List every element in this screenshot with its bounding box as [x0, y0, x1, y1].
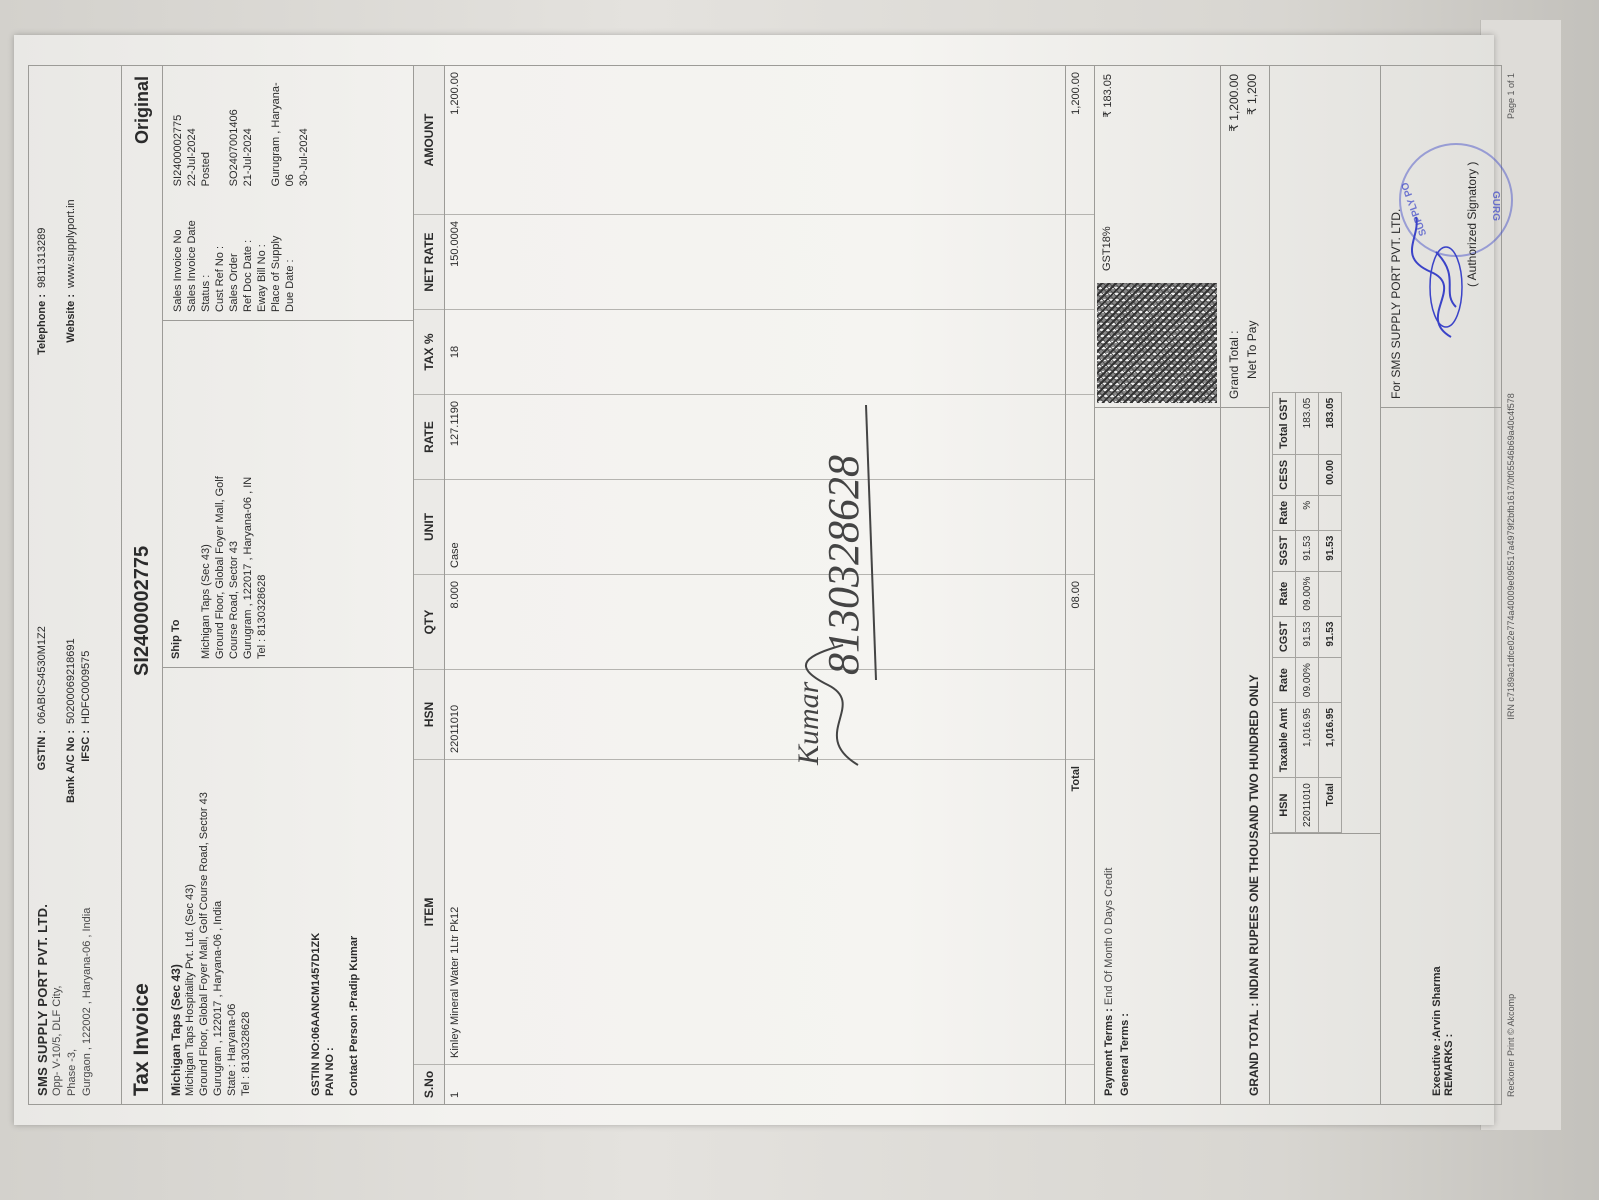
tax-header: Total GST: [1273, 392, 1296, 454]
gst-amount: ₹ 183.05: [1101, 74, 1214, 118]
invoice-number: SI2400002775: [131, 144, 154, 826]
tax-summary-table: HSNTaxable AmtRateCGSTRateSGSTRateCESSTo…: [1272, 392, 1342, 833]
meta-label: Ref Doc Date :: [241, 186, 255, 312]
tax-cell: %: [1296, 495, 1319, 530]
seller-header: SMS SUPPLY PORT PVT. LTD. Opp- V-10/5, D…: [28, 65, 121, 1105]
payment-terms-value: End Of Month 0 Days Credit: [1103, 868, 1115, 1006]
items-total-row: Total 08.00 1,200.00: [1065, 66, 1094, 1104]
seller-website: www.supplyport.in: [64, 199, 79, 288]
executive: Executive :Arvin Sharma: [1431, 416, 1443, 1096]
handwritten-signature: Kumar: [792, 681, 825, 766]
grand-total-label: Grand Total :: [1225, 331, 1243, 399]
tax-cell: [1319, 495, 1342, 530]
header-item: ITEM: [414, 759, 444, 1064]
payment-terms-label: Payment Terms :: [1103, 1008, 1115, 1096]
total-qty: 08.00: [1066, 574, 1094, 669]
cell-net-rate: 150.0004: [445, 214, 1065, 309]
seller-telephone: 9811313289: [35, 228, 50, 288]
tax-cell: Total: [1319, 778, 1342, 833]
page-number: Page 1 of 1: [1506, 73, 1516, 119]
ship-to-line: Ground Floor, Global Foyer Mall, Golf: [213, 329, 227, 659]
tax-header: SGST: [1273, 530, 1296, 571]
meta-label: Sales Invoice Date: [185, 186, 199, 312]
tax-cell: 09.00%: [1296, 571, 1319, 616]
meta-label: Due Date :: [283, 186, 297, 312]
tax-header: CGST: [1273, 616, 1296, 658]
ifsc-label: IFSC :: [79, 724, 94, 810]
general-terms-label: General Terms :: [1117, 416, 1133, 1096]
total-amount: 1,200.00: [1066, 66, 1094, 214]
net-to-pay-value: ₹ 1,200: [1243, 74, 1261, 115]
meta-label: Cust Ref No :: [213, 186, 227, 312]
remarks-label: REMARKS :: [1443, 416, 1455, 1096]
tax-cell: [1319, 658, 1342, 703]
bill-to-line: Tel : 8130328628: [239, 676, 253, 1096]
copy-label: Original: [132, 66, 153, 144]
signature-block: Executive :Arvin Sharma REMARKS : For SM…: [1380, 65, 1502, 1105]
net-to-pay-label: Net To Pay: [1243, 321, 1261, 399]
tax-header: Rate: [1273, 658, 1296, 703]
stamp-text: GURG: [1490, 191, 1501, 221]
seller-address-3: Gurgaon , 122002 , Haryana-06 , India: [80, 826, 95, 1096]
telephone-label: Telephone :: [35, 288, 50, 374]
ship-to-line: Tel : 8130328628: [255, 329, 269, 659]
tax-cell: 09.00%: [1296, 658, 1319, 703]
tax-cell: 1,016.95: [1296, 703, 1319, 778]
tax-header: HSN: [1273, 778, 1296, 833]
meta-value: SI2400002775: [171, 74, 185, 186]
seller-address-2: Phase -3,: [65, 826, 80, 1096]
meta-value: SO2407001406: [227, 74, 241, 186]
items-header: S.No ITEM HSN QTY UNIT RATE TAX % NET RA…: [414, 66, 445, 1104]
website-label: Website :: [64, 288, 79, 374]
gst-label: GST18%: [1101, 226, 1214, 271]
tax-header: Rate: [1273, 571, 1296, 616]
bill-to-line: Michigan Taps Hospitality Pvt. Ltd. (Sec…: [183, 676, 197, 1096]
tax-cell: [1319, 571, 1342, 616]
tax-row: Total1,016.9591.5391.5300.00183.05: [1319, 392, 1342, 832]
header-amount: AMOUNT: [414, 66, 444, 214]
bill-to-name: Michigan Taps (Sec 43): [169, 676, 183, 1096]
total-label: Total: [1066, 759, 1094, 1064]
meta-label: Status :: [199, 186, 213, 312]
meta-value: 21-Jul-2024: [241, 74, 255, 186]
tax-cell: 91.53: [1296, 616, 1319, 658]
title-row: Tax Invoice SI2400002775 Original: [121, 65, 162, 1105]
tax-summary-block: HSNTaxable AmtRateCGSTRateSGSTRateCESSTo…: [1269, 65, 1380, 1105]
bill-to-gstin: GSTIN NO:06AANCM1457D1ZK: [309, 676, 323, 1096]
seller-name: SMS SUPPLY PORT PVT. LTD.: [35, 826, 50, 1096]
tax-cell: 1,016.95: [1319, 703, 1342, 778]
ship-to-line: Course Road, Sector 43: [227, 329, 241, 659]
meta-value: [255, 74, 269, 186]
header-rate: RATE: [414, 394, 444, 479]
bank-account: 50200069218691: [64, 638, 79, 724]
tax-header: CESS: [1273, 454, 1296, 495]
tax-cell: 00.00: [1319, 454, 1342, 495]
ship-to: Ship To Michigan Taps (Sec 43) Ground Fl…: [163, 320, 413, 667]
tax-cell: 22011010: [1296, 778, 1319, 833]
amount-in-words: GRAND TOTAL : INDIAN RUPEES ONE THOUSAND…: [1221, 407, 1269, 1104]
document-title: Tax Invoice: [130, 826, 154, 1104]
ship-to-heading: Ship To: [169, 329, 183, 659]
for-company: For SMS SUPPLY PORT PVT. LTD.: [1389, 74, 1403, 399]
cell-amount: 1,200.00: [445, 66, 1065, 214]
print-credit: Reckoner Print © Akcomp: [1506, 994, 1516, 1097]
qr-code: [1097, 283, 1217, 403]
seller-address-1: Opp- V-10/5, DLF City,: [50, 826, 65, 1096]
bank-label: Bank A/C No :: [64, 724, 79, 810]
cell-tax: 18: [445, 309, 1065, 394]
gstin-label: GSTIN :: [35, 724, 50, 810]
ship-to-line: Gurugram , 122017 , Haryana-06 , IN: [241, 329, 255, 659]
ship-to-line: Michigan Taps (Sec 43): [199, 329, 213, 659]
authorized-signature: [1411, 207, 1471, 347]
header-tax: TAX %: [414, 309, 444, 394]
invoice-meta: Sales Invoice NoSales Invoice DateStatus…: [163, 66, 413, 320]
meta-label: Sales Invoice No: [171, 186, 185, 312]
handwritten-note: 8130328628 Kumar: [748, 395, 888, 775]
header-net-rate: NET RATE: [414, 214, 444, 309]
header-qty: QTY: [414, 574, 444, 669]
header-sno: S.No: [414, 1064, 444, 1104]
contact-person: Contact Person :Pradip Kumar: [347, 676, 361, 1096]
grand-total-block: GRAND TOTAL : INDIAN RUPEES ONE THOUSAND…: [1220, 65, 1269, 1105]
meta-value: 30-Jul-2024: [297, 74, 311, 186]
grand-total-value: ₹ 1,200.00: [1225, 74, 1243, 132]
tax-header: Rate: [1273, 495, 1296, 530]
tax-cell: 183.05: [1296, 392, 1319, 454]
irn: IRN c7189ac1dfce02e774a40009e095517a4979…: [1506, 393, 1516, 719]
bill-to-line: Ground Floor, Global Foyer Mall, Golf Co…: [197, 676, 211, 1096]
tax-row: 220110101,016.9509.00%91.5309.00%91.53%1…: [1296, 392, 1319, 832]
party-block: Michigan Taps (Sec 43) Michigan Taps Hos…: [162, 65, 413, 1105]
meta-value: Gurugram , Haryana-06: [269, 74, 297, 186]
bill-to: Michigan Taps (Sec 43) Michigan Taps Hos…: [163, 667, 413, 1104]
cell-sno: 1: [445, 1064, 1065, 1104]
tax-cell: 91.53: [1319, 616, 1342, 658]
bill-to-line: Gurugram , 122017 , Haryana-06 , India: [211, 676, 225, 1096]
bill-to-line: State : Haryana-06: [225, 676, 239, 1096]
bill-to-pan: PAN NO :: [323, 676, 337, 1096]
tax-cell: 91.53: [1319, 530, 1342, 571]
meta-value: 22-Jul-2024: [185, 74, 199, 186]
header-unit: UNIT: [414, 479, 444, 574]
terms-block: Payment Terms : End Of Month 0 Days Cred…: [1094, 65, 1220, 1105]
invoice-page: SMS SUPPLY PORT PVT. LTD. Opp- V-10/5, D…: [14, 35, 1494, 1125]
handwritten-phone: 8130328628: [819, 455, 868, 675]
meta-value: [213, 74, 227, 186]
cell-item: Kinley Mineral Water 1Ltr Pk12: [445, 759, 1065, 1064]
tax-cell: 183.05: [1319, 392, 1342, 454]
seller-gstin: 06ABICS4530M1Z2: [35, 626, 50, 724]
meta-label: Sales Order: [227, 186, 241, 312]
header-hsn: HSN: [414, 669, 444, 759]
tax-cell: [1296, 454, 1319, 495]
ifsc-code: HDFC0009575: [79, 651, 94, 724]
tax-cell: 91.53: [1296, 530, 1319, 571]
meta-label: Place of Supply: [269, 186, 283, 312]
authorized-signatory: ( Authorized Signatory ): [1465, 162, 1479, 287]
meta-value: Posted: [199, 74, 213, 186]
meta-label: Eway Bill No :: [255, 186, 269, 312]
tax-header: Taxable Amt: [1273, 703, 1296, 778]
